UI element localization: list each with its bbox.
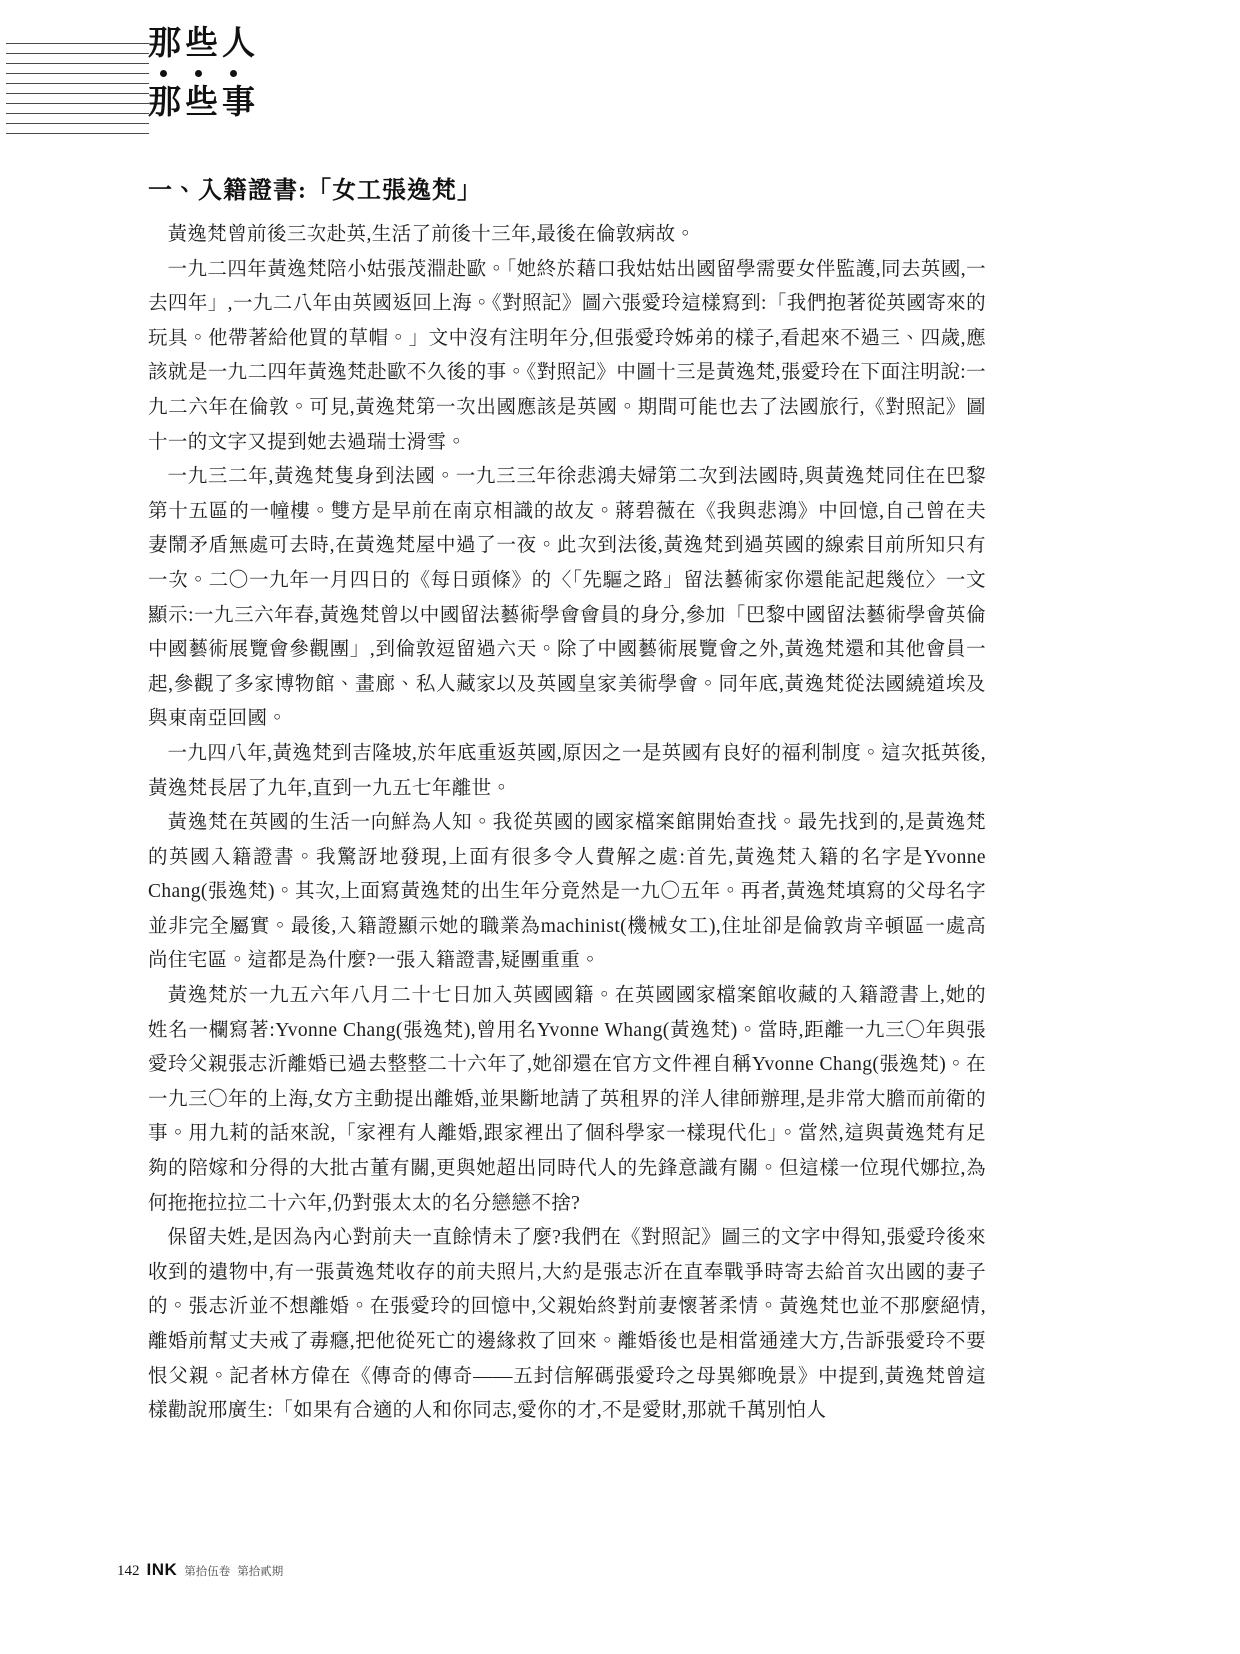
masthead-text: 那些人 那些事 [148,26,259,122]
paragraph-list: 黃逸梵曾前後三次赴英,生活了前後十三年,最後在倫敦病故。一九二四年黃逸梵陪小姑張… [148,218,986,1429]
paragraph: 保留夫姓,是因為內心對前夫一直餘情未了麼?我們在《對照記》圖三的文字中得知,張愛… [148,1221,986,1429]
paragraph: 一九三二年,黃逸梵隻身到法國。一九三三年徐悲鴻夫婦第二次到法國時,與黃逸梵同住在… [148,460,986,737]
dot-icon [195,70,202,77]
page-number: 142 [117,1563,140,1580]
volume-label: 第拾伍卷 [184,1563,230,1579]
magazine-logo: INK [147,1560,178,1580]
ellipsis-dots-icon [148,62,259,85]
masthead-title-line2: 那些事 [148,85,259,121]
paragraph: 一九二四年黃逸梵陪小姑張茂淵赴歐。「她終於藉口我姑姑出國留學需要女伴監護,同去英… [148,253,986,461]
section-title: 一、入籍證書:「女工張逸梵」 [148,170,986,205]
page-footer: 142 INK 第拾伍卷 第拾貳期 [117,1560,283,1580]
paragraph: 一九四八年,黃逸梵到吉隆坡,於年底重返英國,原因之一是英國有良好的福利制度。這次… [148,737,986,806]
decorative-rules [6,43,149,136]
article-body: 一、入籍證書:「女工張逸梵」 黃逸梵曾前後三次赴英,生活了前後十三年,最後在倫敦… [148,170,986,1429]
masthead-title-line1: 那些人 [148,26,259,62]
issue-label: 第拾貳期 [237,1563,283,1579]
paragraph: 黃逸梵於一九五六年八月二十七日加入英國國籍。在英國國家檔案館收藏的入籍證書上,她… [148,979,986,1221]
dot-icon [160,70,167,77]
paragraph: 黃逸梵在英國的生活一向鮮為人知。我從英國的國家檔案館開始查找。最先找到的,是黃逸… [148,806,986,979]
dot-icon [230,70,237,77]
paragraph: 黃逸梵曾前後三次赴英,生活了前後十三年,最後在倫敦病故。 [148,218,986,253]
